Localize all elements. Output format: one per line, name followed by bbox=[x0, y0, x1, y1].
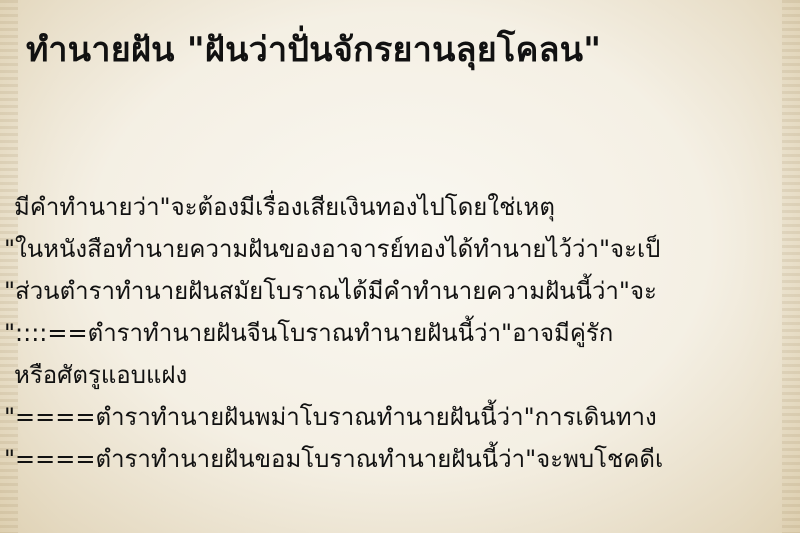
text-line-3: "ส่วนตำราทำนายฝันสมัยโบราณได้มีคำทำนายคว… bbox=[0, 270, 800, 312]
text-line-2: "ในหนังสือทำนายความฝันของอาจารย์ทองได้ทำ… bbox=[0, 228, 800, 270]
prediction-text-block: มีคำทำนายว่า"จะต้องมีเรื่องเสียเงินทองไป… bbox=[0, 186, 800, 480]
text-line-1: มีคำทำนายว่า"จะต้องมีเรื่องเสียเงินทองไป… bbox=[0, 186, 800, 228]
text-line-7: "====ตำราทำนายฝันขอมโบราณทำนายฝันนี้ว่า"… bbox=[0, 438, 800, 480]
text-line-5: หรือศัตรูแอบแฝง bbox=[0, 354, 800, 396]
text-line-4: "::::==ตำราทำนายฝันจีนโบราณทำนายฝันนี้ว่… bbox=[0, 312, 800, 354]
page-title: ทำนายฝัน "ฝันว่าปั่นจักรยานลุยโคลน" bbox=[26, 22, 601, 76]
text-line-6: "====ตำราทำนายฝันพม่าโบราณทำนายฝันนี้ว่า… bbox=[0, 396, 800, 438]
